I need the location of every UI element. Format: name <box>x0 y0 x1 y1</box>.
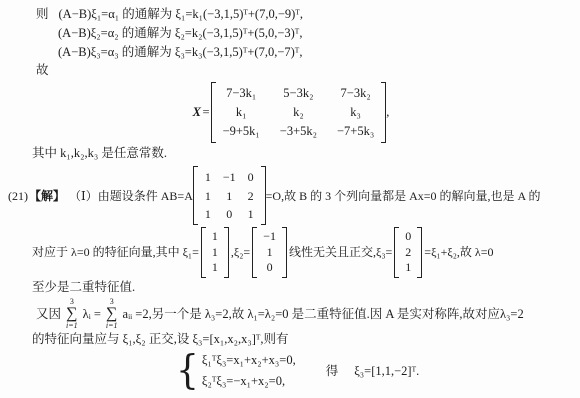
hence-label: 故 <box>36 61 574 80</box>
matrix-cell: k₁ <box>223 104 260 121</box>
xi2-cells: −1 1 0 <box>260 227 279 278</box>
matrix-cell: −7+5k₃ <box>337 123 374 140</box>
x-matrix-equation: X = 7−3k₁ 5−3k₂ 7−3k₂ k₁ k₂ k₃ −9+5k₁ −3… <box>8 82 574 143</box>
left-bracket <box>394 227 399 278</box>
left-bracket <box>193 166 198 225</box>
orthogonality-line: 的特征向量应与 ξ₁,ξ₂ 正交,设 ξ₃=[x₁,x₂,x₃]ᵀ,则有 <box>32 330 574 349</box>
general-solution-formula-3: (A−B)ξ₃=α₃ 的通解为 ξ₃=k₃(−3,1,5)ᵀ+(7,0,−7)ᵀ… <box>58 45 302 59</box>
vector-cell: −1 <box>263 229 276 245</box>
left-bracket <box>211 82 216 143</box>
matrix-cell: 1 <box>205 188 211 204</box>
sum-lower-limit: i=1 <box>66 322 78 330</box>
sum-symbol-2: 3 ∑ i=1 <box>106 298 118 330</box>
matrix-cell: 1 <box>205 169 211 185</box>
matrix-cell: −1 <box>223 169 236 185</box>
right-bracket <box>417 227 422 278</box>
xi1-vector: 1 1 1 <box>201 227 229 278</box>
matrix-cell: k₂ <box>280 104 317 121</box>
xi1-cells: 1 1 1 <box>209 227 221 278</box>
system-equation-2: ξ₂ᵀξ₃=−x₁+x₂=0, <box>202 371 296 392</box>
system-equation-1: ξ₁ᵀξ₃=x₁+x₂+x₃=0, <box>202 350 296 371</box>
vector-cell: 0 <box>263 260 276 276</box>
vector-cell: 0 <box>405 229 411 245</box>
general-solution-line-2: (A−B)ξ₂=α₂ 的通解为 ξ₂=k₂(−3,1,5)ᵀ+(5,0,−3)ᵀ… <box>58 24 574 43</box>
sum-lower-limit: i=1 <box>106 322 118 330</box>
left-bracket <box>252 227 257 278</box>
right-bracket <box>224 227 229 278</box>
result-vector: ξ₃=[1,1,−2]ᵀ. <box>354 362 419 381</box>
eigen-continuation: 至少是二重特征值. <box>32 278 574 297</box>
eigen-suffix: =ξ₁+ξ₂,故 λ=0 <box>424 243 493 261</box>
matrix-cell: 1 <box>248 206 254 222</box>
matrix-cell: 2 <box>248 188 254 204</box>
arbitrary-constants-note: 其中 k₁,k₂,k₃ 是任意常数. <box>32 144 574 163</box>
right-bracket <box>282 227 287 278</box>
equals-sign: = <box>203 103 210 122</box>
eigen-sep1: ,ξ₂= <box>231 243 250 261</box>
x-variable: X <box>193 103 202 122</box>
vector-cell: 1 <box>405 260 411 276</box>
sum-symbol-1: 3 ∑ i=1 <box>66 298 78 330</box>
vector-cell: 2 <box>405 245 411 261</box>
matrix-cell: 1 <box>205 206 211 222</box>
part1-suffix: =O,故 B 的 3 个列向量都是 Ax=0 的解向量,也是 A 的 <box>266 187 541 205</box>
general-solution-line-3: (A−B)ξ₃=α₃ 的通解为 ξ₃=k₃(−3,1,5)ᵀ+(7,0,−7)ᵀ… <box>58 43 574 62</box>
matrix-cell: 5−3k₂ <box>280 85 317 102</box>
trace-sum-line: 又因 3 ∑ i=1 λᵢ = 3 ∑ i=1 aᵢᵢ =2,另一个是 λ₃=2… <box>36 298 574 330</box>
general-solution-formula-2: (A−B)ξ₂=α₂ 的通解为 ξ₂=k₂(−3,1,5)ᵀ+(5,0,−3)ᵀ… <box>58 26 302 40</box>
xi3-vector: 0 2 1 <box>394 227 422 278</box>
matrix-cell: 1 <box>223 188 236 204</box>
matrix-cell: −3+5k₂ <box>280 123 317 140</box>
solve-tag: 【解】 <box>29 187 65 205</box>
vector-cell: 1 <box>212 245 218 261</box>
trace-after: aᵢᵢ =2,另一个是 λ₃=2,故 λ₁=λ₂=0 是二重特征值.因 A 是实… <box>123 305 524 324</box>
trace-between: λᵢ = <box>83 305 101 324</box>
problem-number: (21) <box>8 187 28 205</box>
part1-prefix: （Ⅰ）由题设条件 AB=A <box>69 187 193 205</box>
matrix-cell: 7−3k₁ <box>223 85 260 102</box>
matrix-cell: k₃ <box>337 104 374 121</box>
general-solution-line-1: 则 (A−B)ξ₁=α₁ 的通解为 ξ₁=k₁(−3,1,5)ᵀ+(7,0,−9… <box>36 5 574 24</box>
eigenvector-line: 对应于 λ=0 的特征向量,其中 ξ₁= 1 1 1 ,ξ₂= −1 1 0 线… <box>32 227 574 278</box>
problem21-line-1: (21) 【解】 （Ⅰ）由题设条件 AB=A 1 −1 0 1 1 2 1 0 … <box>8 166 574 225</box>
xi2-vector: −1 1 0 <box>252 227 287 278</box>
trace-prefix: 又因 <box>36 305 61 324</box>
general-solution-formula-1: (A−B)ξ₁=α₁ 的通解为 ξ₁=k₁(−3,1,5)ᵀ+(7,0,−9)ᵀ… <box>59 5 303 24</box>
system-equations: ξ₁ᵀξ₃=x₁+x₂+x₃=0, ξ₂ᵀξ₃=−x₁+x₂=0, <box>202 350 296 393</box>
vector-cell: 1 <box>212 229 218 245</box>
vector-cell: 1 <box>212 260 218 276</box>
ab-matrix: 1 −1 0 1 1 2 1 0 1 <box>193 166 266 225</box>
ab-matrix-cells: 1 −1 0 1 1 2 1 0 1 <box>201 166 258 225</box>
sigma-icon: ∑ <box>66 306 77 322</box>
left-brace: { <box>176 351 199 391</box>
matrix-cell: −9+5k₁ <box>223 123 260 140</box>
sigma-icon: ∑ <box>106 306 117 322</box>
x-matrix-cells: 7−3k₁ 5−3k₂ 7−3k₂ k₁ k₂ k₃ −9+5k₁ −3+5k₂… <box>219 82 379 143</box>
document-page: 则 (A−B)ξ₁=α₁ 的通解为 ξ₁=k₁(−3,1,5)ᵀ+(7,0,−9… <box>0 0 580 393</box>
then-label: 则 <box>36 5 49 24</box>
result-label: 得 <box>326 362 339 381</box>
trailing-comma: , <box>386 103 389 122</box>
equation-system: { ξ₁ᵀξ₃=x₁+x₂+x₃=0, ξ₂ᵀξ₃=−x₁+x₂=0, 得 ξ₃… <box>176 350 574 393</box>
xi3-cells: 0 2 1 <box>402 227 414 278</box>
eigen-sep2: 线性无关且正交,ξ₃= <box>289 243 392 261</box>
vector-cell: 1 <box>263 245 276 261</box>
x-matrix: 7−3k₁ 5−3k₂ 7−3k₂ k₁ k₂ k₃ −9+5k₁ −3+5k₂… <box>211 82 387 143</box>
matrix-cell: 0 <box>248 169 254 185</box>
matrix-cell: 0 <box>223 206 236 222</box>
left-bracket <box>201 227 206 278</box>
matrix-cell: 7−3k₂ <box>337 85 374 102</box>
eigen-prefix: 对应于 λ=0 的特征向量,其中 ξ₁= <box>32 243 199 261</box>
